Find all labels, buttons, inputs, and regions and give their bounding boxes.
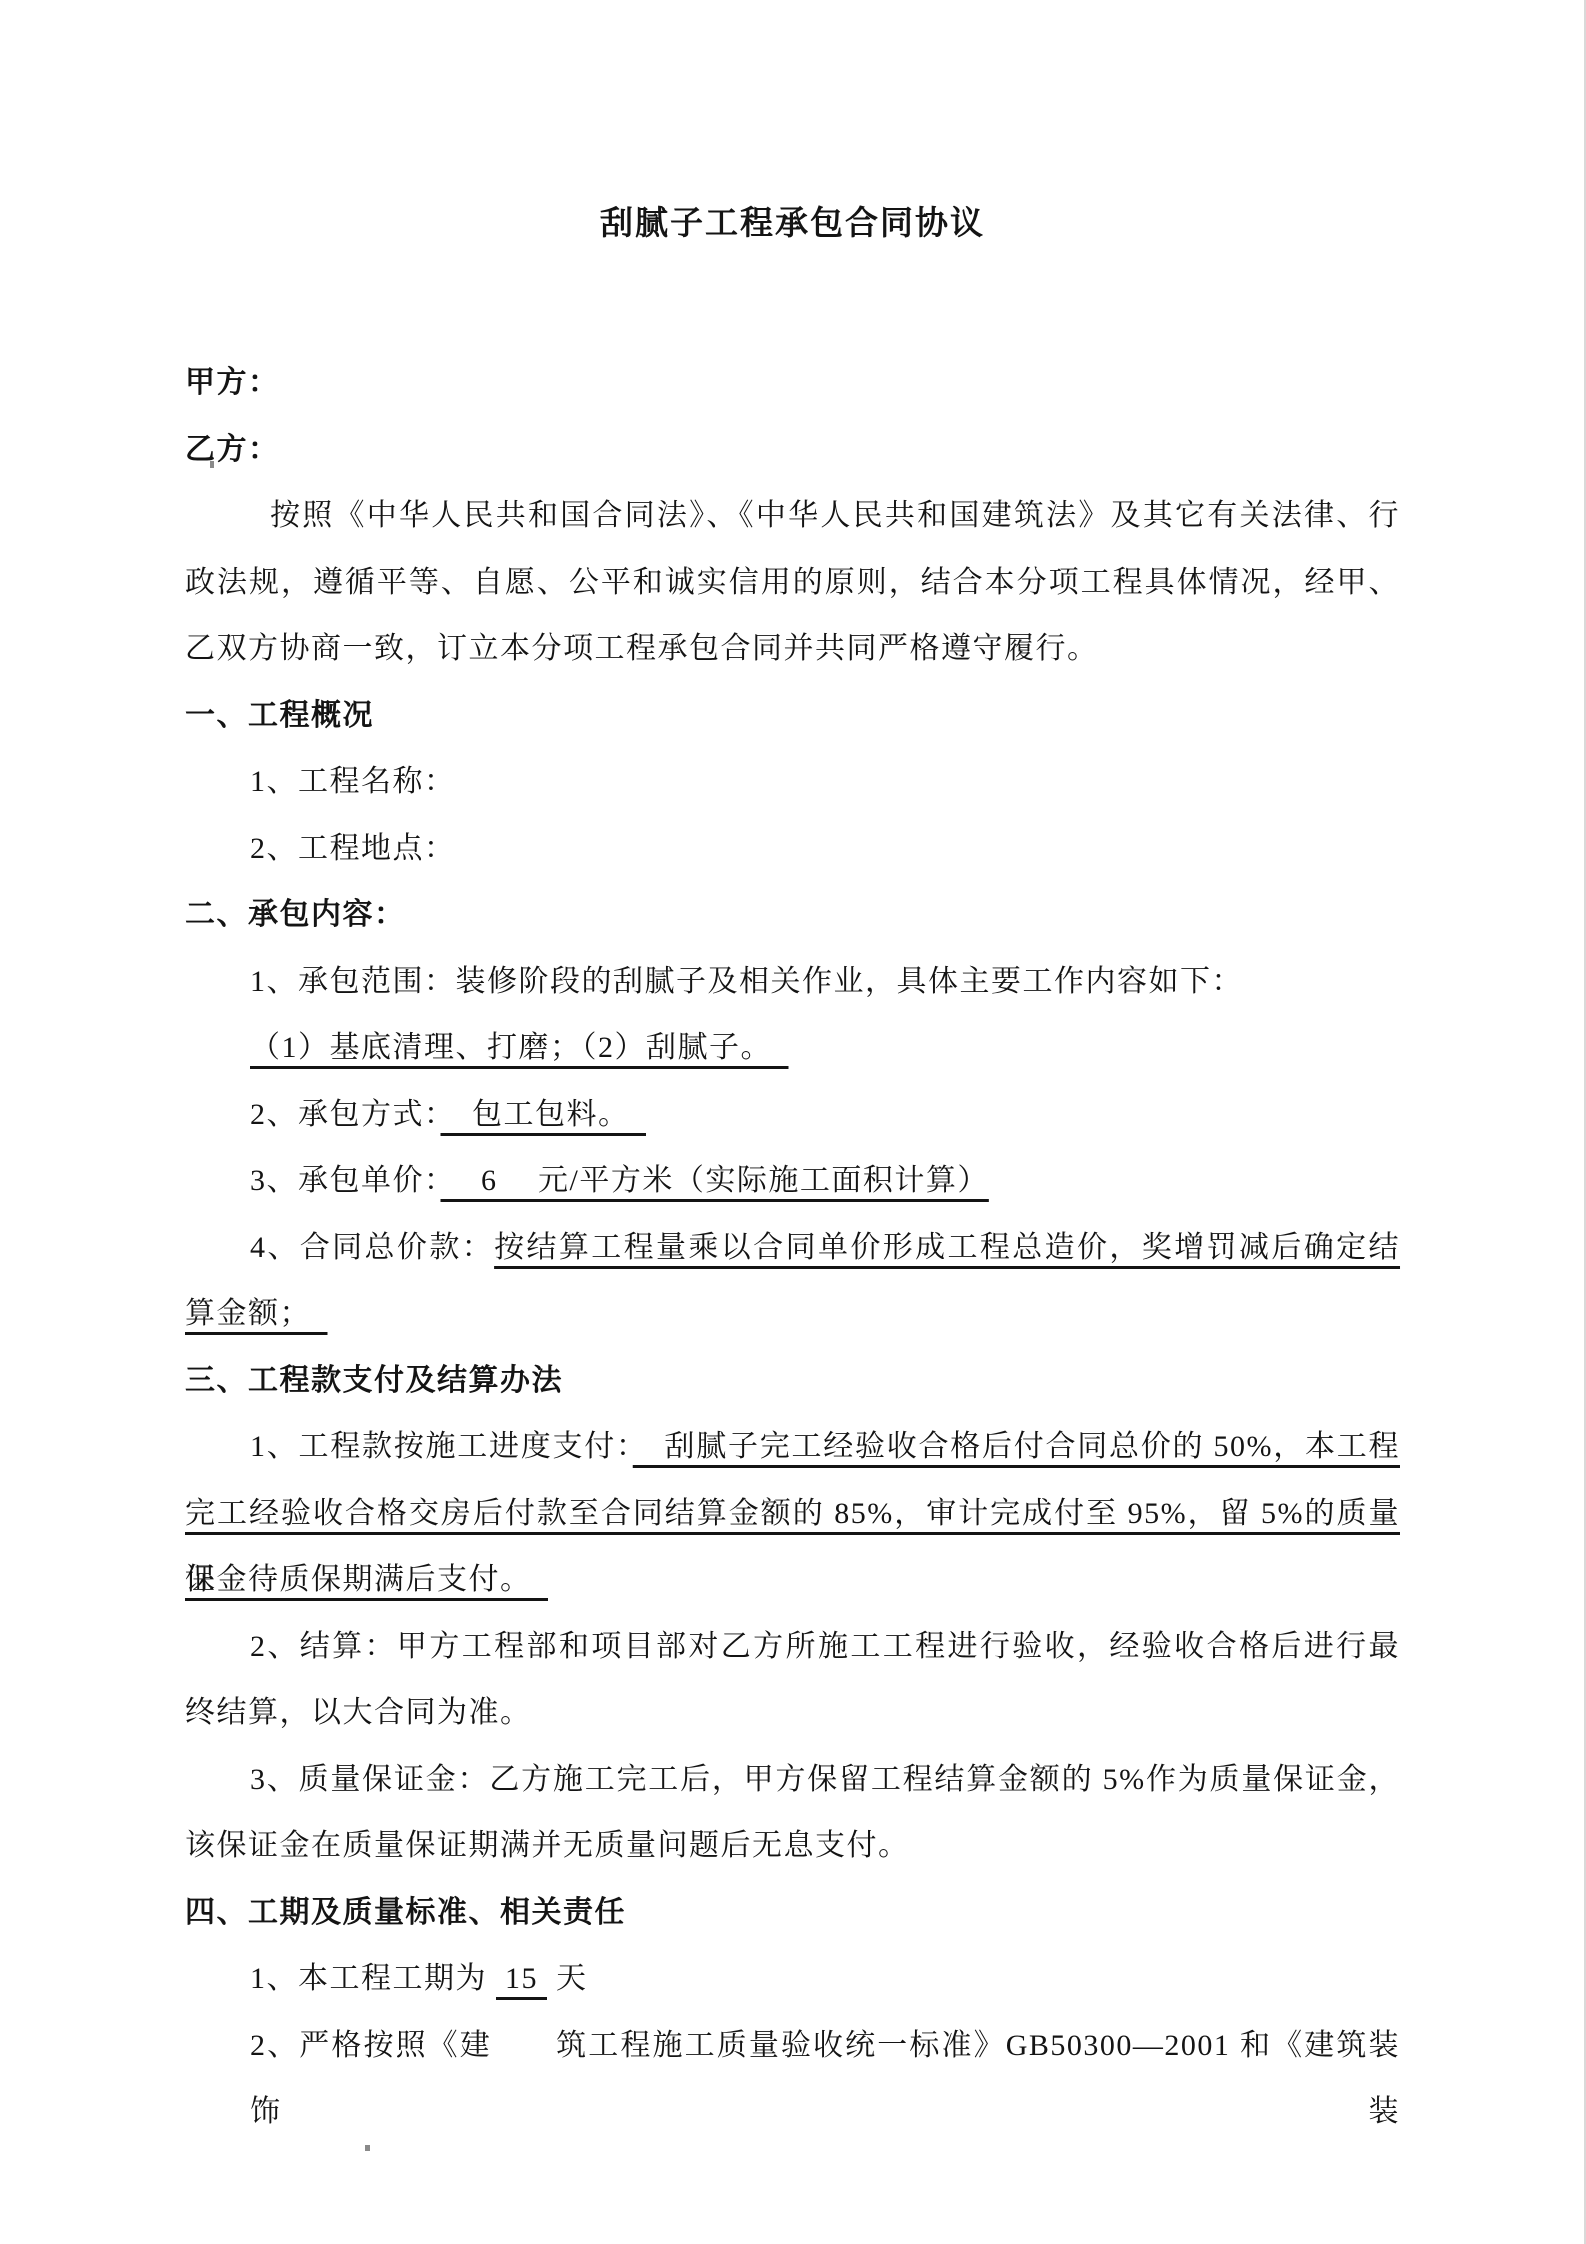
settlement-item-line-2: 终结算，以大合同为准。 — [185, 1680, 1400, 1747]
payment-item-line-2: 完工经验收合格交房后付款至合同结算金额的 85%，审计完成付至 95%，留 5%… — [185, 1481, 1400, 1548]
preamble-line-2: 政法规，遵循平等、自愿、公平和诚实信用的原则，结合本分项工程具体情况，经甲、 — [185, 550, 1400, 617]
underlined-text: 证金待质保期满后支付。 — [185, 1563, 548, 1596]
project-name-item: 1、工程名称： — [185, 749, 1400, 816]
scope-detail-item: （1）基底清理、打磨；（2）刮腻子。 — [185, 1015, 1400, 1082]
text-segment: 2、结算：甲方工程部和项目部对乙方所施工工程进行验收，经验收合格后进行最 — [250, 1630, 1400, 1663]
payment-item-line-3: 证金待质保期满后支付。 — [185, 1547, 1400, 1614]
underlined-text: 按结算工程量乘以合同单价形成工程总造价，奖增罚减后确定结 — [494, 1231, 1400, 1264]
text-segment: 1、工程款按施工进度支付： — [250, 1430, 633, 1463]
unit-price-item: 3、承包单价： 6 元/平方米（实际施工面积计算） — [185, 1148, 1400, 1215]
preamble-line-1: 按照《中华人民共和国合同法》、《中华人民共和国建筑法》及其它有关法律、行 — [185, 483, 1400, 550]
document-body: 甲方：乙方：按照《中华人民共和国合同法》、《中华人民共和国建筑法》及其它有关法律… — [185, 350, 1400, 2079]
document-content: 刮腻子工程承包合同协议 甲方：乙方：按照《中华人民共和国合同法》、《中华人民共和… — [185, 0, 1400, 2079]
quality-deposit-item-line-2: 该保证金在质量保证期满并无质量问题后无息支付。 — [185, 1813, 1400, 1880]
underlined-text: 算金额； — [185, 1297, 328, 1330]
text-segment: 3、承包单价： — [250, 1164, 441, 1197]
text-segment: 政法规，遵循平等、自愿、公平和诚实信用的原则，结合本分项工程具体情况，经甲、 — [185, 566, 1400, 599]
contract-mode-item: 2、承包方式： 包工包料。 — [185, 1082, 1400, 1149]
text-segment: 按照《中华人民共和国合同法》、《中华人民共和国建筑法》及其它有关法律、行 — [270, 499, 1400, 532]
scan-speck — [365, 2145, 370, 2151]
scan-speck — [210, 461, 214, 468]
underlined-text: 刮腻子完工经验收合格后付合同总价的 50%，本工程 — [633, 1430, 1400, 1463]
section-4-heading: 四、工期及质量标准、相关责任 — [185, 1880, 1400, 1947]
section-3-heading: 三、工程款支付及结算办法 — [185, 1348, 1400, 1415]
text-segment: 二、承包内容： — [185, 898, 406, 931]
preamble-line-3: 乙双方协商一致，订立本分项工程承包合同并共同严格遵守履行。 — [185, 616, 1400, 683]
section-1-heading: 一、工程概况 — [185, 683, 1400, 750]
text-segment: 四、工期及质量标准、相关责任 — [185, 1896, 626, 1929]
text-segment: 2、严格按照《建 筑工程施工质量验收统一标准》GB50300—2001 和《建筑… — [250, 2029, 1400, 2129]
total-price-item-line-1: 4、合同总价款：按结算工程量乘以合同单价形成工程总造价，奖增罚减后确定结 — [185, 1215, 1400, 1282]
text-segment: 1、承包范围：装修阶段的刮腻子及相关作业，具体主要工作内容如下： — [250, 965, 1243, 998]
text-segment: 该保证金在质量保证期满并无质量问题后无息支付。 — [185, 1829, 910, 1862]
text-segment: 2、工程地点： — [250, 832, 456, 865]
text-segment: 4、合同总价款： — [250, 1231, 494, 1264]
scope-item: 1、承包范围：装修阶段的刮腻子及相关作业，具体主要工作内容如下： — [185, 949, 1400, 1016]
contract-document-page: 刮腻子工程承包合同协议 甲方：乙方：按照《中华人民共和国合同法》、《中华人民共和… — [0, 0, 1586, 2244]
underlined-text: （1）基底清理、打磨；（2）刮腻子。 — [250, 1031, 789, 1064]
quality-deposit-item-line-1: 3、质量保证金：乙方施工完工后，甲方保留工程结算金额的 5%作为质量保证金， — [185, 1747, 1400, 1814]
text-segment: 1、工程名称： — [250, 765, 456, 798]
text-segment: 一、工程概况 — [185, 699, 374, 732]
section-2-heading: 二、承包内容： — [185, 882, 1400, 949]
text-segment: 天 — [547, 1962, 588, 1995]
payment-item-line-1: 1、工程款按施工进度支付： 刮腻子完工经验收合格后付合同总价的 50%，本工程 — [185, 1414, 1400, 1481]
underlined-text: 6 元/平方米（实际施工面积计算） — [441, 1164, 989, 1197]
document-title: 刮腻子工程承包合同协议 — [185, 197, 1400, 252]
project-location-item: 2、工程地点： — [185, 816, 1400, 883]
standard-item: 2、严格按照《建 筑工程施工质量验收统一标准》GB50300—2001 和《建筑… — [185, 2013, 1400, 2080]
underlined-text: 15 — [496, 1962, 547, 1995]
settlement-item-line-1: 2、结算：甲方工程部和项目部对乙方所施工工程进行验收，经验收合格后进行最 — [185, 1614, 1400, 1681]
underlined-text: 包工包料。 — [441, 1098, 647, 1131]
party-b-label: 乙方： — [185, 417, 1400, 484]
text-segment: 2、承包方式： — [250, 1098, 441, 1131]
text-segment: 1、本工程工期为 — [250, 1962, 496, 1995]
total-price-item-line-2: 算金额； — [185, 1281, 1400, 1348]
text-segment: 终结算，以大合同为准。 — [185, 1696, 532, 1729]
text-segment: 乙双方协商一致，订立本分项工程承包合同并共同严格遵守履行。 — [185, 632, 1099, 665]
text-segment: 3、质量保证金：乙方施工完工后，甲方保留工程结算金额的 5%作为质量保证金， — [250, 1763, 1400, 1796]
text-segment: 甲方： — [185, 366, 280, 399]
text-segment: 三、工程款支付及结算办法 — [185, 1364, 563, 1397]
party-a-label: 甲方： — [185, 350, 1400, 417]
text-segment: 乙方： — [185, 433, 280, 466]
duration-item: 1、本工程工期为 15 天 — [185, 1946, 1400, 2013]
